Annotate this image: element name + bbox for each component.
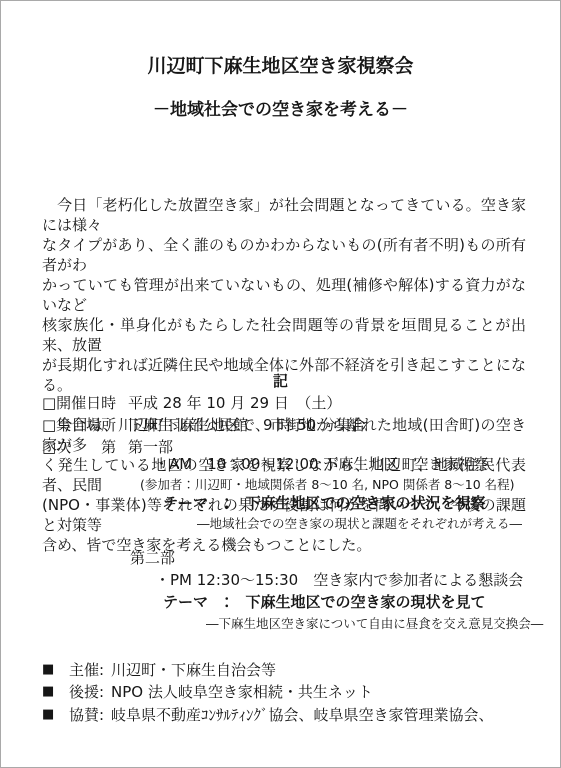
- square-bullet-icon: ■: [42, 684, 69, 699]
- part2-theme-note: ―下麻生地区空き家について自由に昼食を交え意見交換会―: [206, 614, 543, 632]
- footer-row-sponsor: ■ 協賛: 岐阜県不動産ｺﾝｻﾙﾃｨﾝｸﾞ協会、岐阜県空き家管理業協会、: [42, 703, 494, 726]
- detail-value-date: 平成 28 年 10 月 29 日 （土）: [128, 392, 341, 413]
- detail-row-date: □開催日時 平成 28 年 10 月 29 日 （土）: [42, 391, 366, 413]
- part1-participants: (参加者：川辺町・地域関係者 8～10 名, NPO 関係者 8～10 名程): [140, 475, 515, 493]
- document-subtitle: －地域社会での空き家を考える－: [1, 95, 560, 120]
- event-details: □開催日時 平成 28 年 10 月 29 日 （土） □集合場所 下麻生北部公…: [42, 391, 366, 457]
- detail-label-date: □開催日時: [42, 392, 128, 413]
- footer-row-supporter: ■ 後援: NPO 法人岐阜空き家相続・共生ネット: [42, 681, 494, 704]
- footer-value-sponsor: 岐阜県不動産ｺﾝｻﾙﾃｨﾝｸﾞ協会、岐阜県空き家管理業協会、: [111, 704, 494, 725]
- detail-value-place: 下麻生北部公民館 9 時 50 分集合: [128, 414, 366, 435]
- square-bullet-icon: ■: [42, 707, 69, 722]
- footer-value-supporter: NPO 法人岐阜空き家相続・共生ネット: [111, 681, 373, 702]
- footer-label-supporter: 後援:: [69, 681, 111, 702]
- document-title: 川辺町下麻生地区空き家視察会: [1, 51, 560, 78]
- detail-row-place: □集合場所 下麻生北部公民館 9 時 50 分集合: [42, 413, 366, 435]
- intro-paragraph-1: 今日「老朽化した放置空き家」が社会問題となってきている。空き家には様々 なタイプ…: [42, 195, 526, 395]
- footer-section: ■ 主催: 川辺町・下麻生自治会等 ■ 後援: NPO 法人岐阜空き家相続・共生…: [42, 658, 494, 726]
- detail-label-place: □集合場所: [42, 414, 128, 435]
- part1-theme-note: ―地域社会での空き家の現状と課題をそれぞれが考える―: [197, 514, 522, 532]
- footer-value-organizer: 川辺町・下麻生自治会等: [111, 659, 276, 680]
- part2-heading: 第二部: [130, 547, 175, 568]
- record-marker: 記: [1, 370, 560, 391]
- detail-label-agenda: □次 第: [42, 436, 128, 457]
- footer-label-organizer: 主催:: [69, 659, 111, 680]
- part1-theme: テーマ ： 下麻生地区での空き家の状況を視察: [163, 492, 486, 513]
- part2-theme: テーマ ： 下麻生地区での空き家の現状を見て: [163, 591, 486, 612]
- document-page: 川辺町下麻生地区空き家視察会 －地域社会での空き家を考える－ 今日「老朽化した放…: [0, 0, 561, 768]
- part2-time-line: ・PM 12:30～15:30 空き家内で参加者による懇談会: [155, 569, 523, 590]
- footer-label-sponsor: 協賛:: [69, 704, 111, 725]
- part1-time-line: ・AM 10：00～12:00 下麻生地区 空き家視察: [154, 453, 488, 474]
- square-bullet-icon: ■: [42, 662, 69, 677]
- footer-row-organizer: ■ 主催: 川辺町・下麻生自治会等: [42, 658, 494, 681]
